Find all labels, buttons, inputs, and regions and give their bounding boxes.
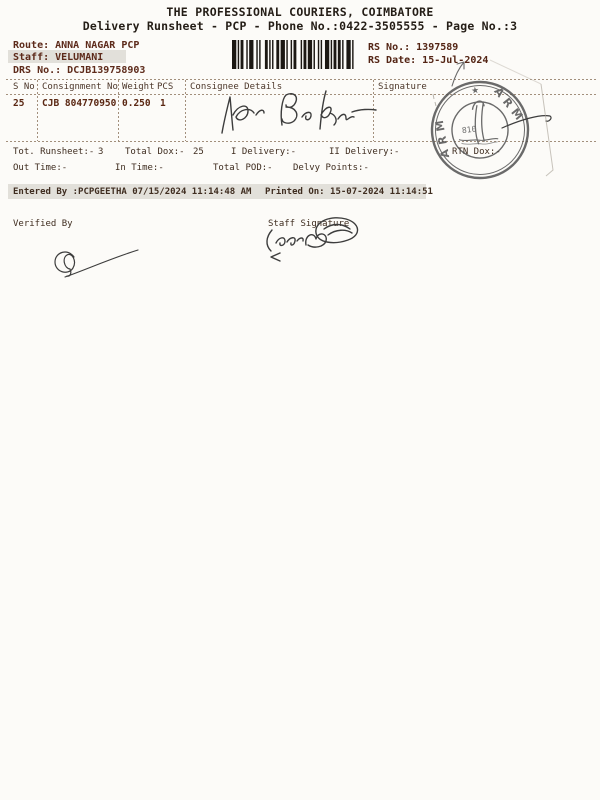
delivery-runsheet-document: THE PROFESSIONAL COURIERS, COIMBATORE De… — [0, 0, 600, 800]
faint-stamp-edge — [541, 84, 553, 176]
scan-speckle — [433, 94, 436, 106]
arrow-mark-artifact — [452, 62, 464, 86]
stamp-pen-tail — [502, 116, 551, 128]
staff-signature — [267, 218, 358, 261]
consignee-signature — [222, 91, 376, 133]
verified-by-signature — [55, 250, 138, 277]
faint-stamp-edge — [490, 60, 541, 84]
handwriting-overlay — [0, 0, 600, 300]
